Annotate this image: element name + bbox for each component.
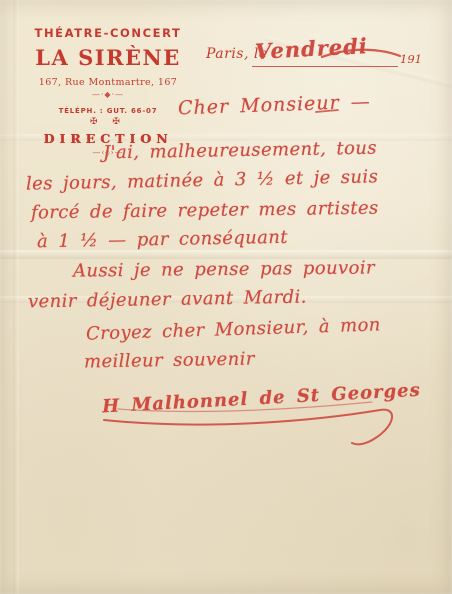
body-line: J'ai, malheureusement, tous <box>103 138 377 164</box>
address-line: 167, Rue Montmartre, 167 <box>16 77 200 88</box>
body-line: les jours, matinée à 3 ½ et je suis <box>26 166 379 194</box>
body-line: forcé de faire repeter mes artistes <box>31 198 379 224</box>
paper-sheet: THÉATRE-CONCERT LA SIRÈNE 167, Rue Montm… <box>0 0 452 594</box>
handwritten-day: Vendredi <box>254 33 368 64</box>
dateline-printed-year: 191 <box>400 52 422 66</box>
body-line: à 1 ½ — par conséquant <box>37 227 288 252</box>
body-line: meilleur souvenir <box>84 349 255 373</box>
body-line: Croyez cher Monsieur, à mon <box>86 314 381 344</box>
letterhead: THÉATRE-CONCERT LA SIRÈNE 167, Rue Montm… <box>16 26 200 157</box>
phone-line: TÉLÉPH. : GUT. 66-07 <box>16 107 200 115</box>
letterhead-subtitle: THÉATRE-CONCERT <box>16 26 200 40</box>
salutation: Cher Monsieur — <box>178 91 371 120</box>
letter-scan: THÉATRE-CONCERT LA SIRÈNE 167, Rue Montm… <box>0 0 452 594</box>
body-line: Aussi je ne pense pas pouvoir <box>73 257 375 281</box>
dateline-blank-rule <box>252 66 398 67</box>
signature: H Malhonnel de St Georges <box>102 380 422 418</box>
divider-ornament: —·◆·— <box>16 90 200 99</box>
theatre-name: LA SIRÈNE <box>16 45 200 70</box>
cross-ornament-icon: ✠ ✠ <box>16 117 200 127</box>
body-line: venir déjeuner avant Mardi. <box>28 287 307 313</box>
